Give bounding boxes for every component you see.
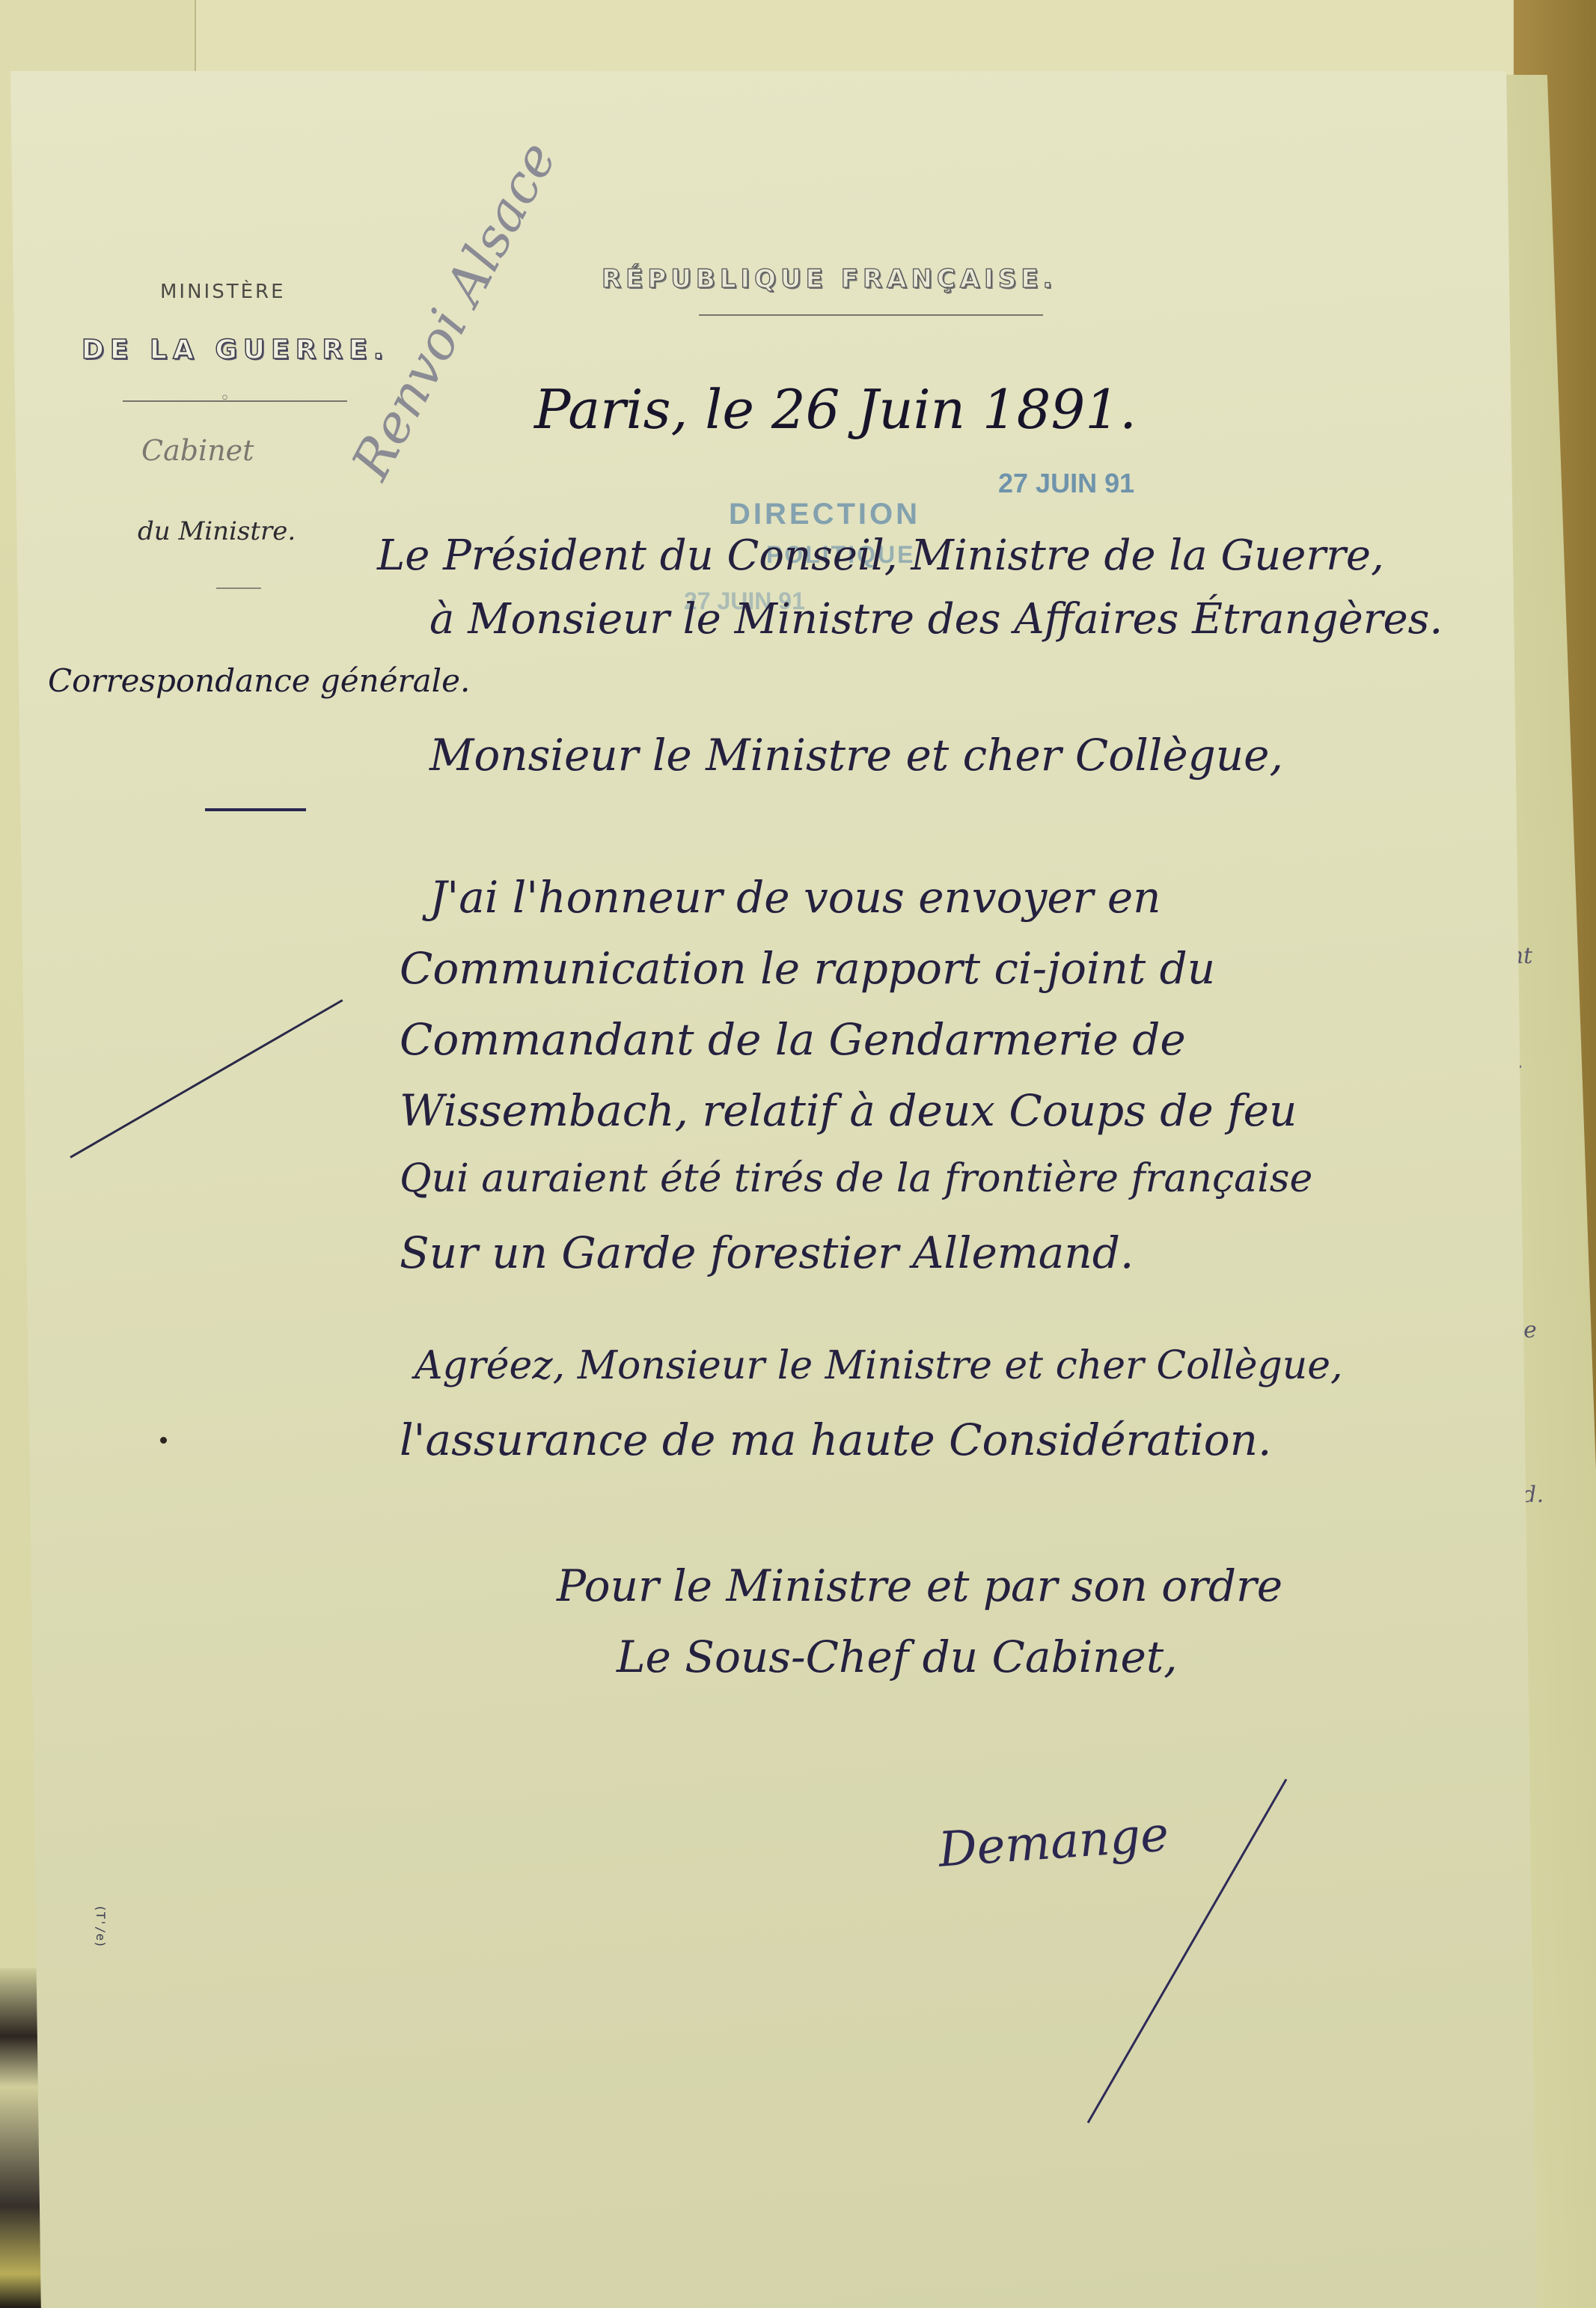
margin-note: Correspondance générale. [48,662,470,699]
department-cabinet: Cabinet [141,434,254,467]
body-line: Wissembach, relatif à deux Coups de feu [400,1085,1297,1136]
body-line: Qui auraient été tirés de la frontière f… [400,1156,1312,1201]
ink-dot [160,1437,167,1444]
republic-heading: RÉPUBLIQUE FRANÇAISE. [602,264,1057,294]
sender-line: Le Président du Conseil, Ministre de la … [377,531,1384,580]
signature-block-line: Le Sous-Chef du Cabinet, [617,1631,1178,1682]
body-line: Sur un Garde forestier Allemand. [400,1227,1134,1278]
body-line: J'ai l'honneur de vous envoyer en [429,872,1161,923]
closing-line: Agréez, Monsieur le Ministre et cher Col… [415,1343,1343,1388]
signature-block-line: Pour le Ministre et par son ordre [557,1560,1282,1611]
body-line: Communication le rapport ci-joint du [400,943,1215,994]
republic-rule [699,314,1043,316]
received-date-stamp: 27 JUIN 91 [998,468,1134,499]
folio-mark: (T'/e) [94,1905,108,1948]
department-du-ministre: du Ministre. [138,516,296,546]
salutation: Monsieur le Ministre et cher Collègue, [429,730,1283,781]
margin-diagonal-stroke [70,999,343,1158]
background-sheet-top [195,0,1513,75]
signature: Demange [937,1807,1171,1878]
ministry-name: DE LA GUERRE. [82,335,389,365]
direction-stamp: DIRECTION [729,498,920,531]
margin-rule [205,808,306,811]
ornament-icon: ◦ [220,389,230,408]
body-line: Commandant de la Gendarmerie de [400,1014,1186,1065]
recipient-line: à Monsieur le Ministre des Affaires Étra… [429,595,1443,644]
letter-page: MINISTÈRE DE LA GUERRE. ◦ Cabinet du Min… [10,71,1537,2308]
closing-line: l'assurance de ma haute Considération. [400,1414,1271,1465]
letterhead-ornament-rule [123,400,347,402]
dateline: Paris, le 26 Juin 1891. [534,378,1137,441]
ministry-label: MINISTÈRE [160,281,286,303]
divider [216,587,261,589]
